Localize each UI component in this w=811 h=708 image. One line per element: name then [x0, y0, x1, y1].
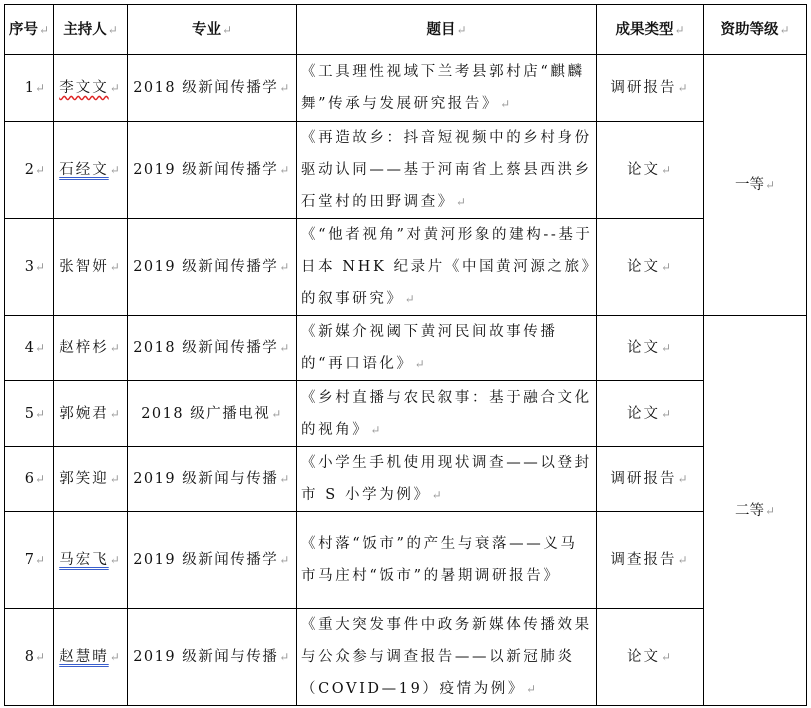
cell-grant-level: 一等↵ — [704, 55, 807, 316]
paragraph-mark-icon: ↵ — [35, 407, 45, 421]
cell-seq: 4↵ — [5, 316, 54, 381]
paragraph-mark-icon: ↵ — [661, 650, 673, 664]
cell-result-type: 论文↵ — [597, 219, 704, 316]
cell-title: 《新媒介视阈下黄河民间故事传播的“再口语化》↵ — [297, 316, 597, 381]
table-row: 2↵ 石经文↵ 2019 级新闻传播学↵ 《再造故乡：抖音短视频中的乡村身份驱动… — [5, 122, 807, 219]
cell-seq: 5↵ — [5, 381, 54, 447]
paragraph-mark-icon: ↵ — [765, 504, 775, 518]
paragraph-mark-icon: ↵ — [35, 650, 45, 664]
paragraph-mark-icon: ↵ — [279, 341, 291, 355]
paragraph-mark-icon: ↵ — [279, 163, 291, 177]
cell-title: 《重大突发事件中政务新媒体传播效果与公众参与调查报告——以新冠肺炎（COVID—… — [297, 609, 597, 706]
cell-seq: 7↵ — [5, 512, 54, 609]
paragraph-mark-icon: ↵ — [35, 81, 45, 95]
paragraph-mark-icon: ↵ — [110, 407, 122, 421]
paragraph-mark-icon: ↵ — [432, 488, 445, 502]
table-row: 3↵ 张智妍↵ 2019 级新闻传播学↵ 《“他者视角”对黄河形象的建构--基于… — [5, 219, 807, 316]
paragraph-mark-icon: ↵ — [39, 23, 49, 37]
header-row: 序号↵ 主持人↵ 专业↵ 题目↵ 成果类型↵ 资助等级↵ — [5, 5, 807, 55]
cell-grant-level: 二等↵ — [704, 316, 807, 706]
cell-seq: 1↵ — [5, 55, 54, 122]
table-row: 8↵ 赵慧晴↵ 2019 级新闻与传播↵ 《重大突发事件中政务新媒体传播效果与公… — [5, 609, 807, 706]
cell-host: 李文文↵ — [54, 55, 128, 122]
paragraph-mark-icon: ↵ — [415, 357, 428, 371]
cell-title: 《工具理性视域下兰考县郭村店“麒麟舞”传承与发展研究报告》↵ — [297, 55, 597, 122]
cell-host: 郭婉君↵ — [54, 381, 128, 447]
cell-result-type: 论文↵ — [597, 316, 704, 381]
paragraph-mark-icon: ↵ — [526, 682, 539, 696]
paragraph-mark-icon: ↵ — [370, 423, 383, 437]
cell-result-type: 论文↵ — [597, 609, 704, 706]
header-major: 专业↵ — [128, 5, 297, 55]
cell-seq: 3↵ — [5, 219, 54, 316]
cell-title: 《小学生手机使用现状调查——以登封市 S 小学为例》↵ — [297, 447, 597, 512]
paragraph-mark-icon: ↵ — [279, 81, 291, 95]
cell-major: 2018 级新闻传播学↵ — [128, 55, 297, 122]
cell-seq: 2↵ — [5, 122, 54, 219]
cell-major: 2019 级新闻传播学↵ — [128, 122, 297, 219]
paragraph-mark-icon: ↵ — [222, 23, 232, 37]
paragraph-mark-icon: ↵ — [35, 341, 45, 355]
header-seq: 序号↵ — [5, 5, 54, 55]
cell-host: 马宏飞↵ — [54, 512, 128, 609]
cell-title: 《“他者视角”对黄河形象的建构--基于日本 NHK 纪录片《中国黄河源之旅》的叙… — [297, 219, 597, 316]
paragraph-mark-icon: ↵ — [677, 472, 689, 486]
cell-result-type: 论文↵ — [597, 381, 704, 447]
cell-major: 2018 级新闻传播学↵ — [128, 316, 297, 381]
paragraph-mark-icon: ↵ — [677, 81, 689, 95]
header-title: 题目↵ — [297, 5, 597, 55]
cell-result-type: 调研报告↵ — [597, 447, 704, 512]
paragraph-mark-icon: ↵ — [110, 341, 122, 355]
cell-host: 石经文↵ — [54, 122, 128, 219]
paragraph-mark-icon: ↵ — [765, 178, 775, 192]
header-result-type: 成果类型↵ — [597, 5, 704, 55]
table-row: 1↵ 李文文↵ 2018 级新闻传播学↵ 《工具理性视域下兰考县郭村店“麒麟舞”… — [5, 55, 807, 122]
cell-title: 《再造故乡：抖音短视频中的乡村身份驱动认同——基于河南省上蔡县西洪乡石堂村的田野… — [297, 122, 597, 219]
paragraph-mark-icon: ↵ — [108, 23, 118, 37]
cell-result-type: 调研报告↵ — [597, 55, 704, 122]
cell-seq: 8↵ — [5, 609, 54, 706]
paragraph-mark-icon: ↵ — [110, 553, 122, 567]
table-row: 5↵ 郭婉君↵ 2018 级广播电视↵ 《乡村直播与农民叙事：基于融合文化的视角… — [5, 381, 807, 447]
table-row: 4↵ 赵梓杉↵ 2018 级新闻传播学↵ 《新媒介视阈下黄河民间故事传播的“再口… — [5, 316, 807, 381]
table-row: 6↵ 郭笑迎↵ 2019 级新闻与传播↵ 《小学生手机使用现状调查——以登封市 … — [5, 447, 807, 512]
cell-result-type: 论文↵ — [597, 122, 704, 219]
paragraph-mark-icon: ↵ — [661, 407, 673, 421]
table-row: 7↵ 马宏飞↵ 2019 级新闻传播学↵ 《村落“饭市”的产生与衰落——义马市马… — [5, 512, 807, 609]
cell-major: 2019 级新闻与传播↵ — [128, 447, 297, 512]
paragraph-mark-icon: ↵ — [279, 553, 291, 567]
paragraph-mark-icon: ↵ — [779, 23, 789, 37]
cell-major: 2019 级新闻与传播↵ — [128, 609, 297, 706]
cell-host: 张智妍↵ — [54, 219, 128, 316]
header-grant-level: 资助等级↵ — [704, 5, 807, 55]
paragraph-mark-icon: ↵ — [110, 81, 122, 95]
cell-major: 2018 级广播电视↵ — [128, 381, 297, 447]
paragraph-mark-icon: ↵ — [674, 23, 684, 37]
paragraph-mark-icon: ↵ — [110, 260, 122, 274]
cell-major: 2019 级新闻传播学↵ — [128, 219, 297, 316]
paragraph-mark-icon: ↵ — [279, 260, 291, 274]
paragraph-mark-icon: ↵ — [35, 553, 45, 567]
cell-host: 赵梓杉↵ — [54, 316, 128, 381]
header-host: 主持人↵ — [54, 5, 128, 55]
awards-table: 序号↵ 主持人↵ 专业↵ 题目↵ 成果类型↵ 资助等级↵ 1↵ 李文文↵ 201… — [4, 4, 807, 706]
cell-title: 《村落“饭市”的产生与衰落——义马市马庄村“饭市”的暑期调研报告》 — [297, 512, 597, 609]
paragraph-mark-icon: ↵ — [456, 23, 466, 37]
cell-result-type: 调查报告↵ — [597, 512, 704, 609]
cell-title: 《乡村直播与农民叙事：基于融合文化的视角》↵ — [297, 381, 597, 447]
cell-host: 赵慧晴↵ — [54, 609, 128, 706]
cell-seq: 6↵ — [5, 447, 54, 512]
cell-major: 2019 级新闻传播学↵ — [128, 512, 297, 609]
paragraph-mark-icon: ↵ — [456, 195, 469, 209]
paragraph-mark-icon: ↵ — [35, 260, 45, 274]
paragraph-mark-icon: ↵ — [35, 163, 45, 177]
paragraph-mark-icon: ↵ — [677, 553, 689, 567]
paragraph-mark-icon: ↵ — [279, 650, 291, 664]
paragraph-mark-icon: ↵ — [35, 472, 45, 486]
cell-host: 郭笑迎↵ — [54, 447, 128, 512]
paragraph-mark-icon: ↵ — [661, 260, 673, 274]
paragraph-mark-icon: ↵ — [110, 472, 122, 486]
paragraph-mark-icon: ↵ — [661, 341, 673, 355]
paragraph-mark-icon: ↵ — [271, 407, 283, 421]
paragraph-mark-icon: ↵ — [110, 163, 122, 177]
paragraph-mark-icon: ↵ — [110, 650, 122, 664]
paragraph-mark-icon: ↵ — [405, 292, 418, 306]
paragraph-mark-icon: ↵ — [279, 472, 291, 486]
paragraph-mark-icon: ↵ — [661, 163, 673, 177]
paragraph-mark-icon: ↵ — [500, 97, 513, 111]
